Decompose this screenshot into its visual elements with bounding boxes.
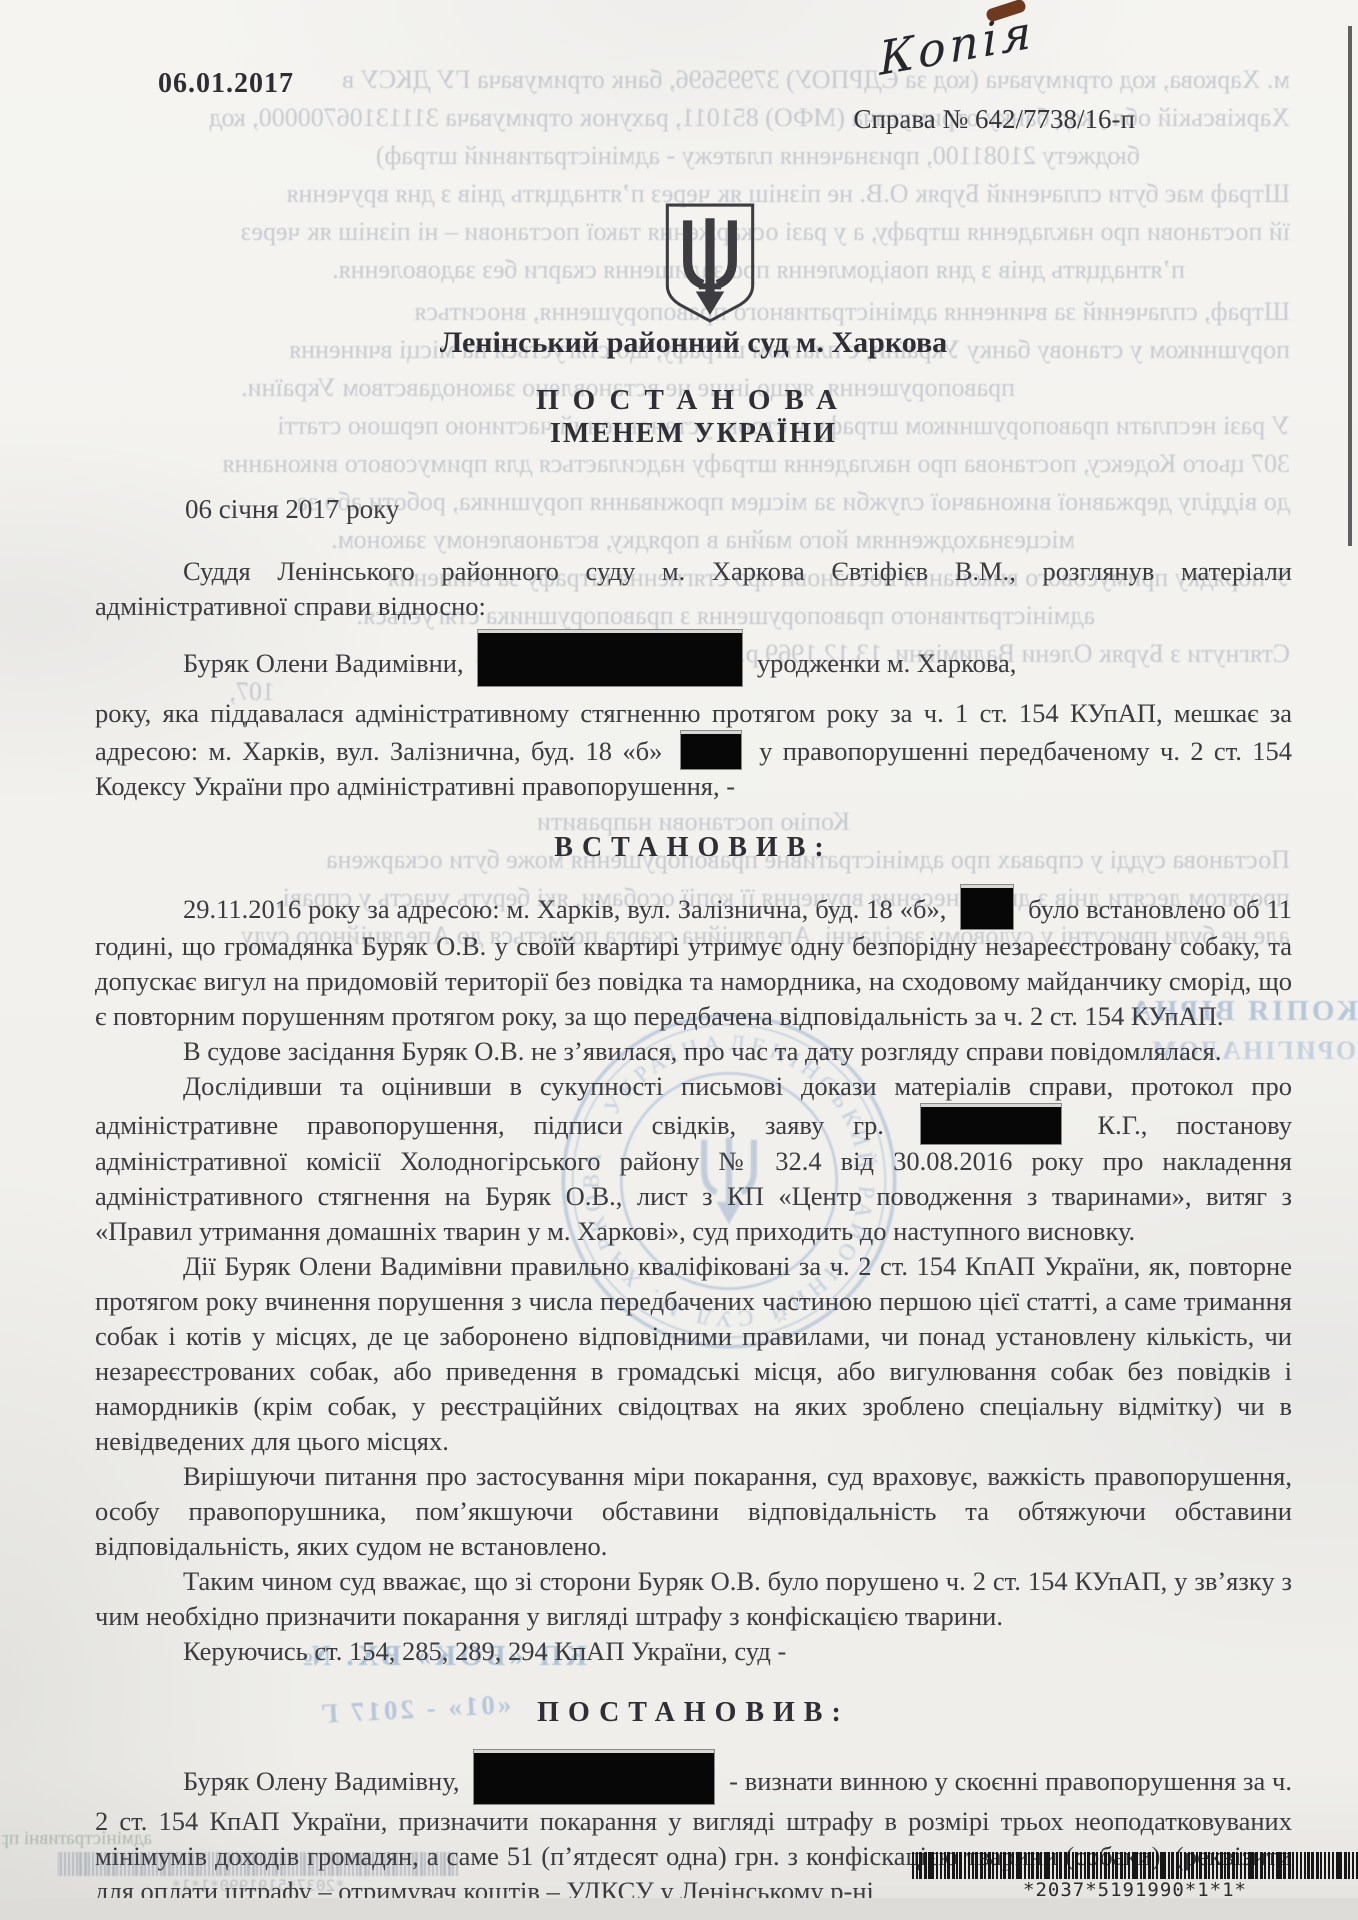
resolution-name: Буряк Олену Вадимівну,: [183, 1766, 459, 1796]
resolved-heading: ПОСТАНОВИВ:: [95, 1695, 1292, 1730]
redaction-box-apartment: [681, 731, 741, 769]
defendant-name-line: Буряк Олени Вадимівни, уродженки м. Харк…: [95, 630, 1292, 686]
fact-paragraph-2: В судове засідання Буряк О.В. не з’явила…: [95, 1034, 1292, 1069]
handwritten-copy-note: Копія: [878, 4, 1036, 86]
document-body: Суддя Ленінського районного суду м. Харк…: [95, 554, 1292, 1909]
defendant-name: Буряк Олени Вадимівни,: [183, 648, 464, 678]
redaction-box-apartment-2: [961, 885, 1013, 929]
date-stamp: 06.01.2017: [158, 68, 294, 100]
document-subtitle: ІМЕНЕМ УКРАЇНИ: [95, 418, 1292, 450]
scanned-court-document-page: м. Харкова, код отримувача (код за ЄДРПО…: [0, 0, 1358, 1920]
court-name: Ленінський районний суд м. Харкова: [95, 326, 1292, 360]
barcode: *2037*5191990*1*1*: [912, 1852, 1358, 1901]
fact-paragraph-4: Дії Буряк Олени Вадимівни правильно квал…: [95, 1249, 1292, 1459]
judge-paragraph: Суддя Ленінського районного суду м. Харк…: [95, 554, 1292, 624]
barcode-bars: [912, 1852, 1358, 1879]
scan-bottom-edge: [0, 1898, 1358, 1920]
fact-1-before: 29.11.2016 року за адресою: м. Харків, в…: [183, 894, 946, 924]
address-paragraph: року, яка піддавалася адміністративному …: [95, 696, 1292, 804]
case-number: Справа № 642/7738/16-п: [635, 104, 1135, 135]
redaction-box-personal-data: [478, 630, 742, 686]
defendant-birthplace: уродженки м. Харкова,: [757, 648, 1017, 678]
redaction-box-witness-name: [921, 1104, 1061, 1144]
coat-of-arms-icon: [660, 200, 760, 326]
document-title: ПОСТАНОВА: [95, 384, 1292, 417]
established-heading: ВСТАНОВИВ:: [95, 830, 1292, 865]
fact-paragraph-3: Дослідивши та оцінивши в сукупності пись…: [95, 1069, 1292, 1249]
decision-date: 06 січня 2017 року: [185, 494, 399, 525]
scan-edge-line: [1348, 26, 1352, 546]
document-content: Копія 06.01.2017 Справа № 642/7738/16-п …: [0, 0, 1358, 1920]
redaction-box-personal-data-2: [474, 1750, 714, 1804]
fact-paragraph-1: 29.11.2016 року за адресою: м. Харків, в…: [95, 885, 1292, 1034]
fact-paragraph-5: Вирішуючи питання про застосування міри …: [95, 1459, 1292, 1564]
legal-basis-paragraph: Керуючись ст. 154, 285, 289, 294 КпАП Ук…: [95, 1634, 1292, 1669]
fact-paragraph-6: Таким чином суд вважає, що зі сторони Бу…: [95, 1564, 1292, 1634]
